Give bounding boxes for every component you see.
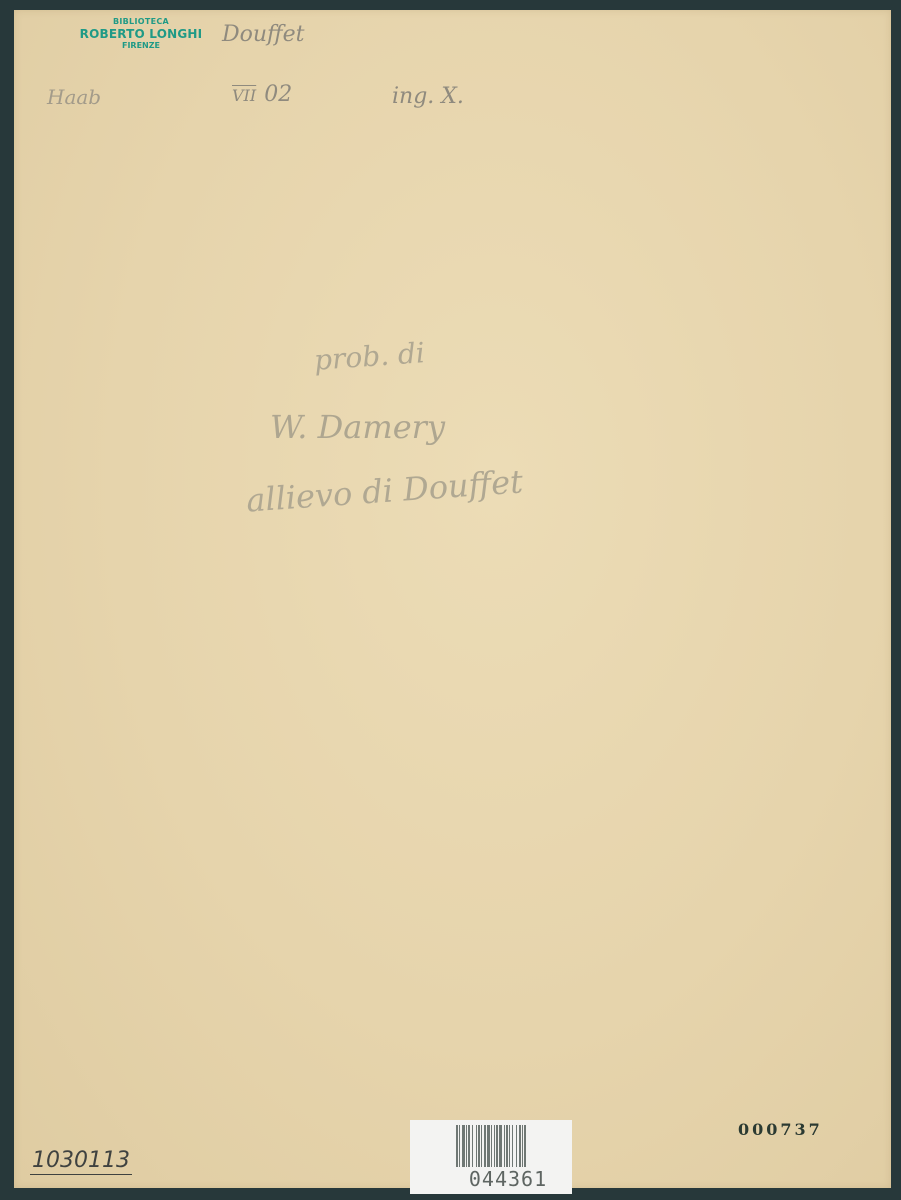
photo-verso-sheet: BIBLIOTECA ROBERTO LONGHI FIRENZE Douffe… — [14, 10, 891, 1188]
handwritten-attribution-line-3: allievo di Douffet — [245, 462, 524, 519]
serial-number: 000737 — [738, 1120, 823, 1139]
handwritten-attribution-line-1: prob. di — [313, 336, 426, 377]
date-roman: VII — [232, 86, 256, 105]
handwritten-attribution-line-2: W. Damery — [270, 408, 445, 446]
handwritten-left-note: Haab — [47, 85, 101, 109]
handwritten-author: Douffet — [222, 22, 305, 47]
barcode-label: 044361 — [410, 1120, 572, 1194]
library-stamp: BIBLIOTECA ROBERTO LONGHI FIRENZE — [66, 17, 216, 51]
stamp-line-1: BIBLIOTECA — [66, 17, 216, 27]
stamp-line-3: FIRENZE — [66, 41, 216, 51]
handwritten-catalog-number: 1030113 — [30, 1148, 132, 1175]
stamp-line-2: ROBERTO LONGHI — [66, 27, 216, 41]
barcode-number: 044361 — [456, 1167, 560, 1191]
date-number: 02 — [264, 82, 292, 107]
barcode-bars — [456, 1125, 560, 1167]
handwritten-date: VII02 — [232, 82, 292, 107]
handwritten-inventory: ing. X. — [392, 84, 464, 109]
